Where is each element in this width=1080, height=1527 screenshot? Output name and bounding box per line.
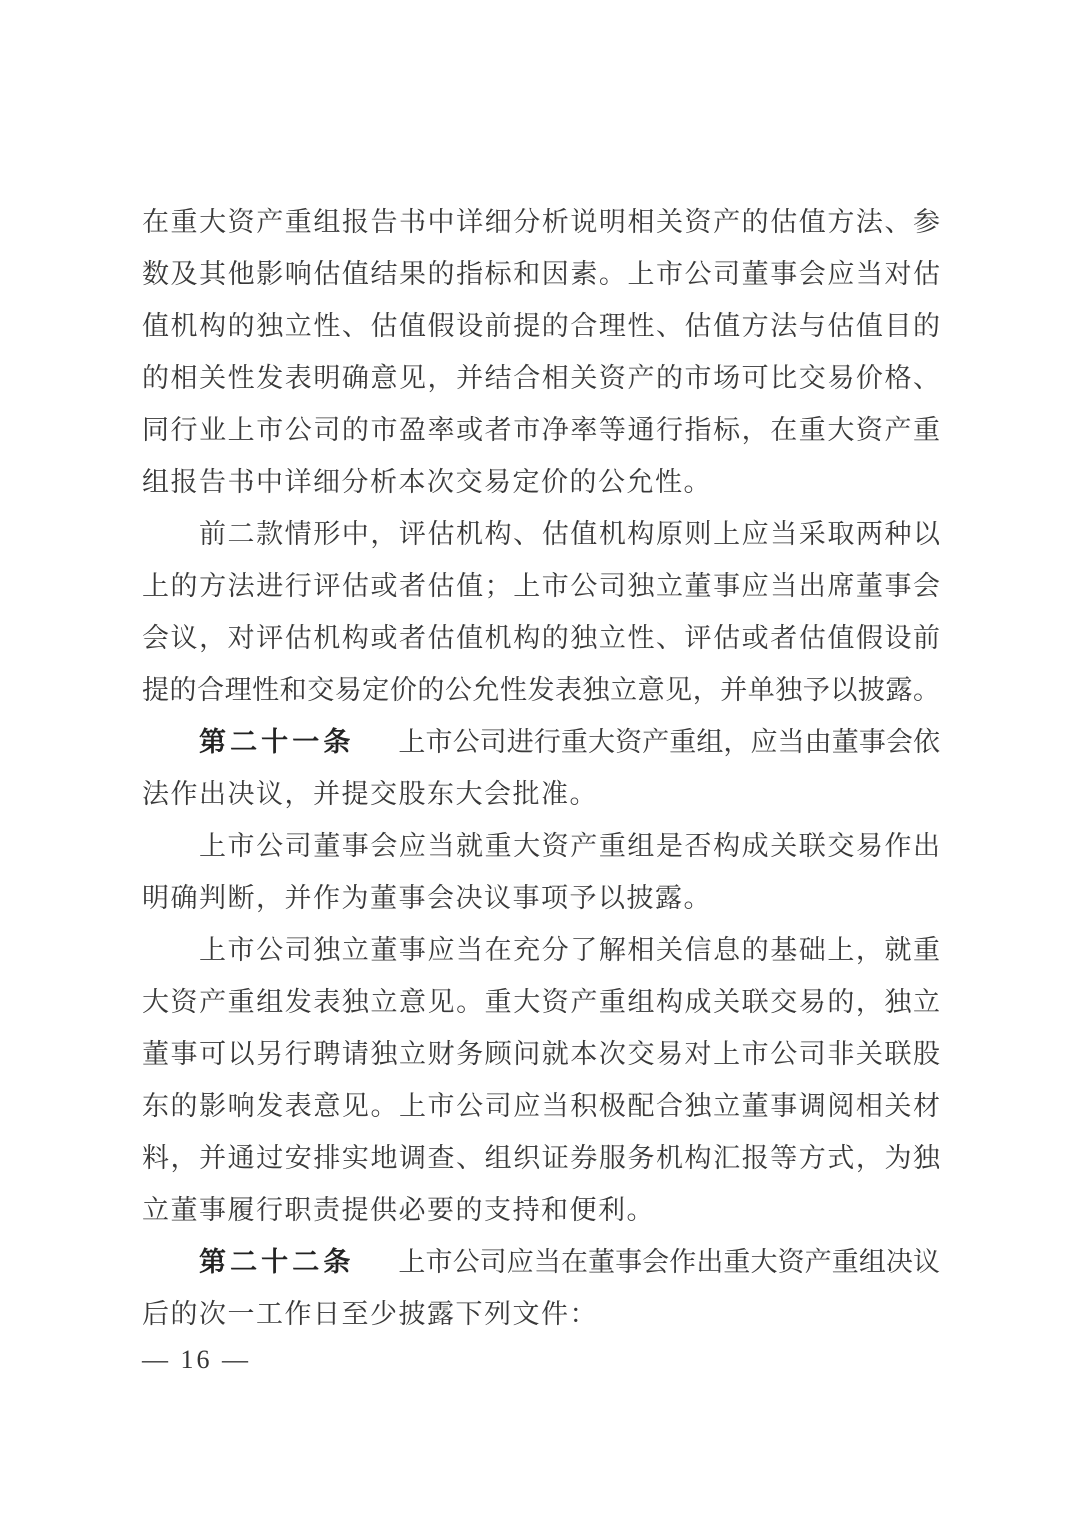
line-text: 上市公司进行重大资产重组，应当由董事会依 [398, 727, 940, 757]
text-line: 后的次一工作日至少披露下列文件： [142, 1288, 940, 1340]
text-line: 同行业上市公司的市盈率或者市净率等通行指标，在重大资产重 [142, 404, 940, 456]
text-line: 大资产重组发表独立意见。重大资产重组构成关联交易的，独立 [142, 976, 940, 1028]
text-line: 的相关性发表明确意见，并结合相关资产的市场可比交易价格、 [142, 352, 940, 404]
line-text: 数及其他影响估值结果的指标和因素。上市公司董事会应当对估 [142, 259, 940, 289]
text-line: 立董事履行职责提供必要的支持和便利。 [142, 1184, 940, 1236]
text-line: 法作出决议，并提交股东大会批准。 [142, 768, 940, 820]
article-number-heading: 第二十二条 [199, 1247, 354, 1277]
text-line: 前二款情形中，评估机构、估值机构原则上应当采取两种以 [142, 508, 940, 560]
document-body: 在重大资产重组报告书中详细分析说明相关资产的估值方法、参 数及其他影响估值结果的… [142, 196, 940, 1340]
text-line: 值机构的独立性、估值假设前提的合理性、估值方法与估值目的 [142, 300, 940, 352]
line-text: 提的合理性和交易定价的公允性发表独立意见，并单独予以披露。 [142, 675, 940, 705]
line-text: 前二款情形中，评估机构、估值机构原则上应当采取两种以 [199, 519, 940, 549]
text-line: 第二十一条上市公司进行重大资产重组，应当由董事会依 [142, 716, 940, 768]
line-text: 的相关性发表明确意见，并结合相关资产的市场可比交易价格、 [142, 363, 940, 393]
text-line: 第二十二条上市公司应当在董事会作出重大资产重组决议 [142, 1236, 940, 1288]
text-line: 提的合理性和交易定价的公允性发表独立意见，并单独予以披露。 [142, 664, 940, 716]
line-text: 会议，对评估机构或者估值机构的独立性、评估或者估值假设前 [142, 623, 940, 653]
line-text: 料，并通过安排实地调查、组织证券服务机构汇报等方式，为独 [142, 1143, 940, 1173]
text-line: 上的方法进行评估或者估值；上市公司独立董事应当出席董事会 [142, 560, 940, 612]
line-text: 组报告书中详细分析本次交易定价的公允性。 [142, 467, 712, 497]
text-line: 数及其他影响估值结果的指标和因素。上市公司董事会应当对估 [142, 248, 940, 300]
line-text: 上的方法进行评估或者估值；上市公司独立董事应当出席董事会 [142, 571, 940, 601]
text-line: 董事可以另行聘请独立财务顾问就本次交易对上市公司非关联股 [142, 1028, 940, 1080]
line-text: 明确判断，并作为董事会决议事项予以披露。 [142, 883, 712, 913]
text-line: 料，并通过安排实地调查、组织证券服务机构汇报等方式，为独 [142, 1132, 940, 1184]
text-line: 明确判断，并作为董事会决议事项予以披露。 [142, 872, 940, 924]
text-line: 组报告书中详细分析本次交易定价的公允性。 [142, 456, 940, 508]
line-text: 值机构的独立性、估值假设前提的合理性、估值方法与估值目的 [142, 311, 940, 341]
document-page: 在重大资产重组报告书中详细分析说明相关资产的估值方法、参 数及其他影响估值结果的… [0, 0, 1080, 1527]
line-text: 立董事履行职责提供必要的支持和便利。 [142, 1195, 655, 1225]
line-text: 法作出决议，并提交股东大会批准。 [142, 779, 598, 809]
page-number: — 16 — [142, 1344, 251, 1376]
article-number-heading: 第二十一条 [199, 727, 354, 757]
line-text: 同行业上市公司的市盈率或者市净率等通行指标，在重大资产重 [142, 415, 940, 445]
line-text: 在重大资产重组报告书中详细分析说明相关资产的估值方法、参 [142, 207, 940, 237]
line-text: 东的影响发表意见。上市公司应当积极配合独立董事调阅相关材 [142, 1091, 940, 1121]
line-text: 大资产重组发表独立意见。重大资产重组构成关联交易的，独立 [142, 987, 940, 1017]
line-text: 董事可以另行聘请独立财务顾问就本次交易对上市公司非关联股 [142, 1039, 940, 1069]
text-line: 在重大资产重组报告书中详细分析说明相关资产的估值方法、参 [142, 196, 940, 248]
line-text: 上市公司应当在董事会作出重大资产重组决议 [398, 1247, 940, 1277]
text-line: 上市公司董事会应当就重大资产重组是否构成关联交易作出 [142, 820, 940, 872]
line-text: 上市公司独立董事应当在充分了解相关信息的基础上，就重 [199, 935, 940, 965]
text-line: 东的影响发表意见。上市公司应当积极配合独立董事调阅相关材 [142, 1080, 940, 1132]
text-line: 上市公司独立董事应当在充分了解相关信息的基础上，就重 [142, 924, 940, 976]
text-line: 会议，对评估机构或者估值机构的独立性、评估或者估值假设前 [142, 612, 940, 664]
line-text: 后的次一工作日至少披露下列文件： [142, 1299, 598, 1329]
line-text: 上市公司董事会应当就重大资产重组是否构成关联交易作出 [199, 831, 940, 861]
